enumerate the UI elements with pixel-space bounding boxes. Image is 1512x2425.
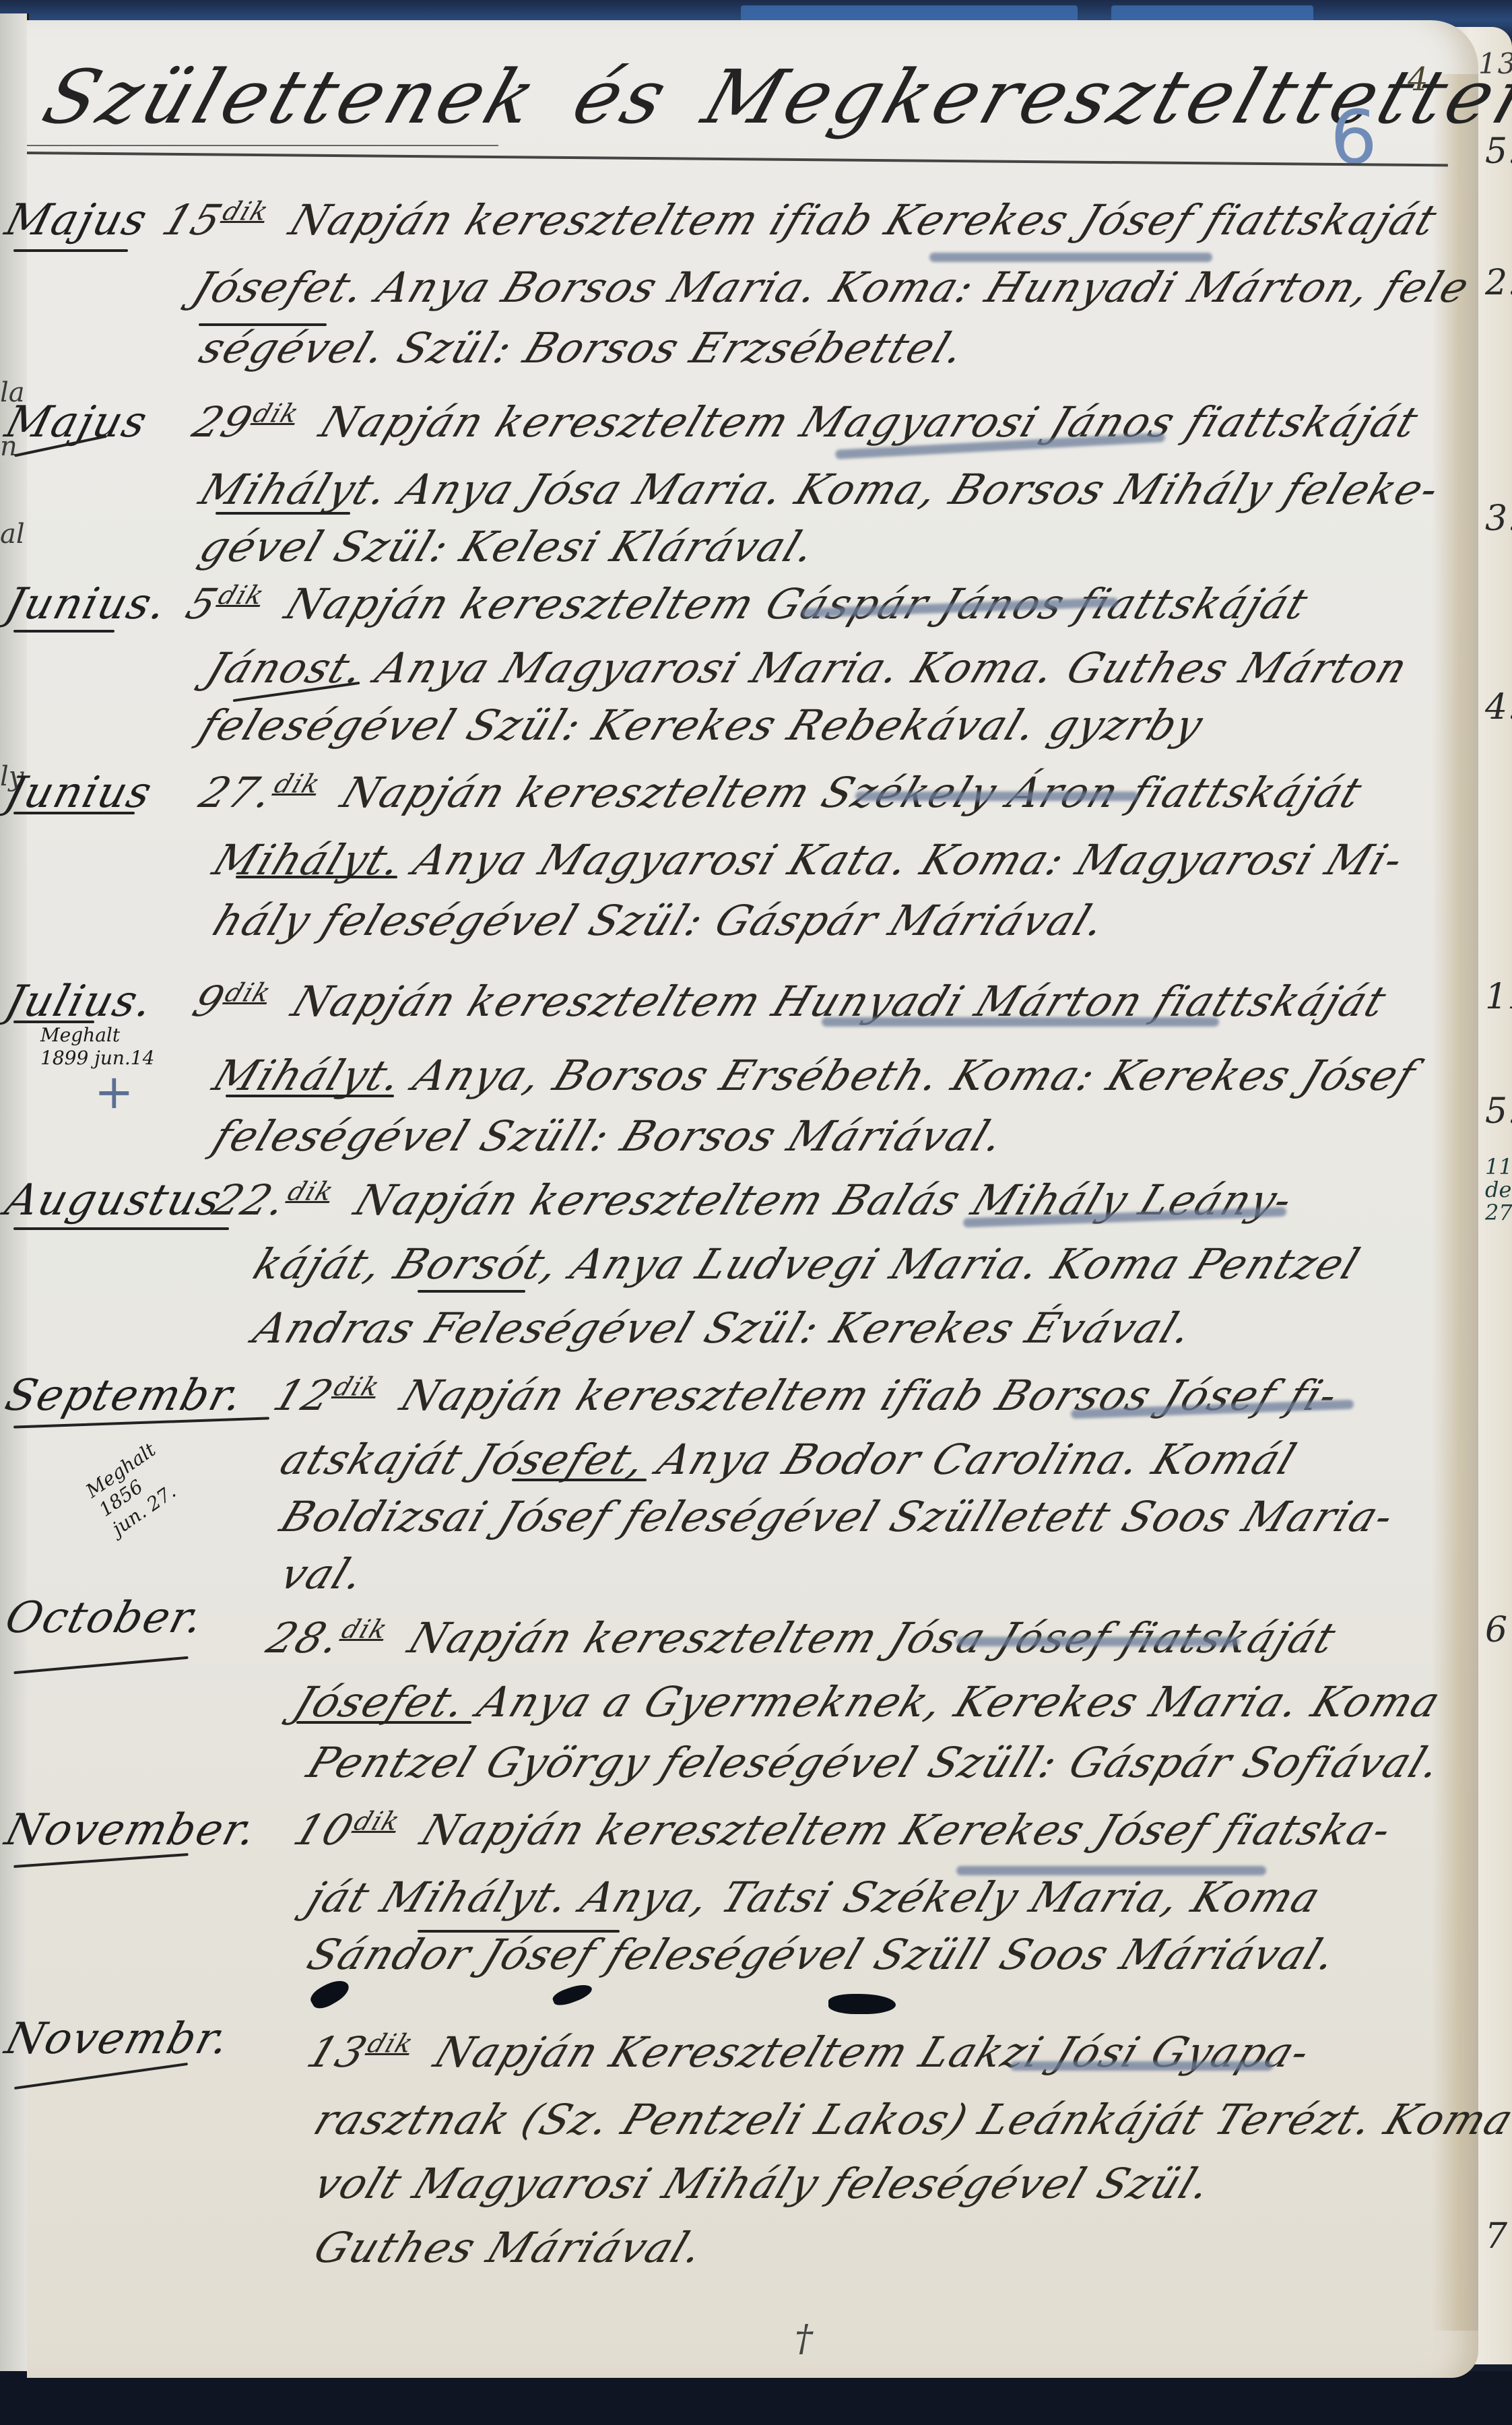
name-underline [512, 1479, 647, 1481]
title-word-2: és [563, 54, 681, 140]
right-margin-number: 2. [1485, 263, 1512, 303]
month-underline [13, 1021, 94, 1023]
entry-line: ségével. Szül: Borsos Erzsébettel. [193, 323, 973, 373]
entry-month: Majus [0, 195, 153, 245]
entry-month: Junius. [0, 579, 173, 629]
entry-line: feleségével Szül: Kerekes Rebekával. gyz… [193, 701, 1211, 750]
title-word-3: Megkeresztelttettenek. [693, 54, 1512, 140]
entry-line: Andras Feleségével Szül: Kerekes Évával. [247, 1303, 1201, 1353]
blue-pencil-underline [822, 1017, 1219, 1027]
right-margin-number: 11 [1485, 977, 1512, 1017]
entry-line: hály feleségével Szül: Gáspár Máriával. [207, 896, 1114, 945]
entry-line: atskaját Jósefet, Anya Bodor Carolina. K… [274, 1435, 1304, 1484]
month-underline [13, 812, 135, 814]
entry-line: volt Magyarosi Mihály feleségével Szül. [308, 2159, 1220, 2208]
name-underline [418, 1290, 525, 1293]
cross-icon: + [94, 1064, 134, 1120]
right-margin-number: 7 [1485, 2216, 1507, 2257]
right-margin-number: 3. [1485, 498, 1512, 539]
entry-line: Mihályt. Anya Jósa Maria. Koma, Borsos M… [193, 465, 1447, 514]
month-underline [13, 249, 128, 252]
name-underline [296, 1721, 471, 1724]
entry-line: Jánost. Anya Magyarosi Maria. Koma. Guth… [200, 643, 1416, 692]
name-underline [236, 876, 397, 878]
entry-day: 12dik [267, 1371, 385, 1420]
entry-month: November. [0, 1805, 263, 1855]
entry-month: Septembr. [0, 1371, 249, 1421]
entry-line: 10dikNapján kereszteltem Kerekes Jósef f… [288, 1805, 1400, 1854]
ink-blot [828, 1994, 896, 2014]
name-underline [216, 512, 350, 515]
entry-line: rasztnak (Sz. Pentzeli Lakos) Leánkáját … [308, 2095, 1512, 2144]
entry-month: Majus [0, 397, 153, 447]
entry-month: Augustus [0, 1175, 228, 1225]
entry-month: October. [0, 1593, 209, 1643]
page-title: SzülettenekésMegkeresztelttettenek. [33, 54, 1512, 140]
blue-pencil-underline [1010, 2061, 1273, 2071]
right-margin-number: 4. [1485, 687, 1512, 727]
month-underline [13, 630, 114, 633]
entry-line: káját, Borsót, Anya Ludvegi Maria. Koma … [247, 1239, 1367, 1289]
entry-line: gével Szül: Kelesi Klárával. [193, 522, 824, 571]
blue-pencil-underline [855, 791, 1138, 801]
folio-number-blue: 6 [1330, 94, 1377, 181]
name-underline [226, 1095, 394, 1097]
entry-line: 27.dikNapján kereszteltem Székely Áron f… [193, 768, 1370, 817]
entry-line: ját Mihályt. Anya, Tatsi Székely Maria, … [301, 1873, 1328, 1922]
entry-day: 13dik [301, 2028, 419, 2077]
title-word-1: Születtenek [33, 54, 550, 140]
right-margin-date-note: 11 dec 27 [1485, 1155, 1512, 1224]
entry-month: Novembr. [0, 2014, 236, 2064]
title-rule-upper [27, 145, 498, 146]
blue-pencil-underline [956, 1637, 1239, 1646]
blue-pencil-underline [929, 253, 1212, 262]
entry-line: feleségével Szüll: Borsos Máriával. [207, 1111, 1012, 1161]
right-margin-number: 5. [1485, 1091, 1512, 1132]
right-margin-number: 6 [1485, 1610, 1507, 1650]
entry-day: 22.dik [207, 1175, 339, 1225]
entry-line: Sándor Jósef feleségével Szüll Soos Mári… [301, 1930, 1344, 1979]
bottom-shadow [0, 2371, 1512, 2425]
entry-line: 15dikNapján kereszteltem ifiab Kerekes J… [156, 195, 1445, 245]
folio-number-corner: 13 [1478, 47, 1512, 80]
entry-line: 29dikNapján kereszteltem Magyarosi János… [187, 397, 1426, 447]
entry-line: 5dikNapján kereszteltem Gáspár János fia… [180, 579, 1316, 628]
stray-ink-mark: † [795, 2317, 813, 2360]
entry-line: Jósefet. Anya Borsos Maria. Koma: Hunyad… [187, 263, 1477, 312]
entry-line: Pentzel György feleségével Szüll: Gáspár… [301, 1738, 1449, 1787]
entry-day: 15dik [156, 195, 274, 245]
entry-line: Boldizsai Jósef feleségével Szülletett S… [274, 1492, 1402, 1541]
right-margin-number: 5. [1485, 131, 1512, 172]
entry-day: 28.dik [261, 1613, 393, 1662]
entry-line: Guthes Máriával. [308, 2223, 712, 2272]
entry-line: Jósefet. Anya a Gyermeknek, Kerekes Mari… [288, 1677, 1448, 1726]
death-note: Meghalt 1899 jun.14 [40, 1024, 154, 1070]
entry-month: Julius. [0, 977, 159, 1027]
entry-day: 27.dik [193, 768, 326, 817]
prev-page-fragment: al [0, 519, 25, 550]
entry-line: Mihályt. Anya, Borsos Ersébeth. Koma: Ke… [207, 1051, 1424, 1100]
month-underline [13, 1227, 229, 1230]
entry-day: 10dik [288, 1805, 405, 1854]
folio-number-top: 4 [1408, 61, 1430, 98]
entry-day: 29dik [187, 397, 304, 447]
entry-month: Junius [0, 768, 158, 818]
